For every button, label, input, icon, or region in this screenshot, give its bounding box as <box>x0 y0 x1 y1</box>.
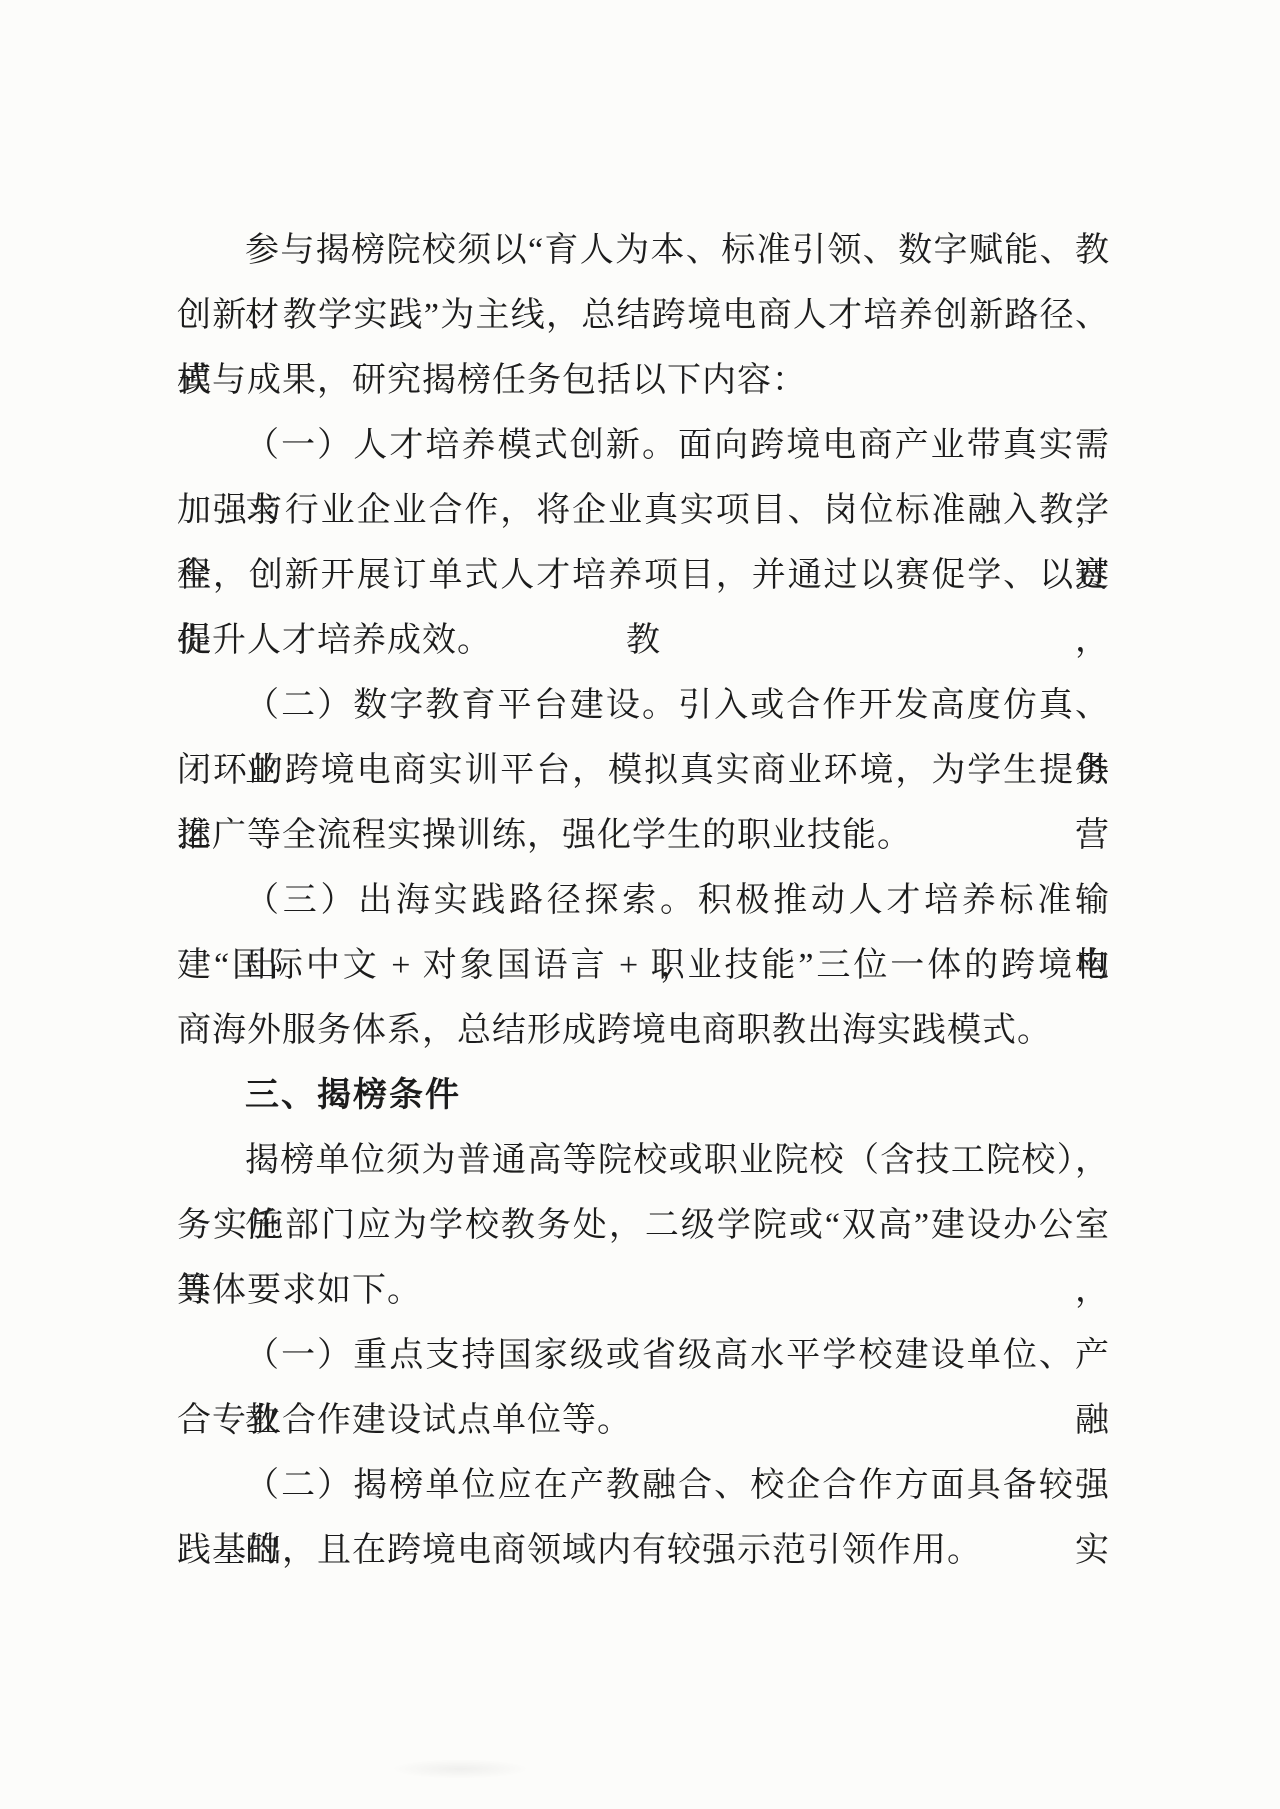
text-line: （二）数字教育平台建设。引入或合作开发高度仿真、业务 <box>177 673 1110 738</box>
text-line: 式与成果，研究揭榜任务包括以下内容： <box>177 348 1110 413</box>
section-heading: 三、揭榜条件 <box>177 1063 1110 1128</box>
text-line: 程，创新开展订单式人才培养项目，并通过以赛促学、以赛促教， <box>177 543 1110 608</box>
text-line: （一）重点支持国家级或省级高水平学校建设单位、产教融 <box>177 1323 1110 1388</box>
text-line: 践基础，且在跨境电商领域内有较强示范引领作用。 <box>177 1518 1110 1583</box>
text-line: 商海外服务体系，总结形成跨境电商职教出海实践模式。 <box>177 998 1110 1063</box>
text-line: 务实施部门应为学校教务处，二级学院或“双高”建设办公室等， <box>177 1193 1110 1258</box>
document-text-block: 参与揭榜院校须以“育人为本、标准引领、数字赋能、教材 创新、教学实践”为主线，总… <box>177 218 1110 1583</box>
text-line: 建“国际中文 + 对象国语言 + 职业技能”三位一体的跨境电 <box>177 933 1110 998</box>
text-line: （二）揭榜单位应在产教融合、校企合作方面具备较强的实 <box>177 1453 1110 1518</box>
text-line: 加强与行业企业合作，将企业真实项目、岗位标准融入教学全过 <box>177 478 1110 543</box>
text-line: （三）出海实践路径探索。积极推动人才培养标准输出，构 <box>177 868 1110 933</box>
text-line: 创新、教学实践”为主线，总结跨境电商人才培养创新路径、模 <box>177 283 1110 348</box>
document-page: 参与揭榜院校须以“育人为本、标准引领、数字赋能、教材 创新、教学实践”为主线，总… <box>0 0 1280 1809</box>
text-line: 参与揭榜院校须以“育人为本、标准引领、数字赋能、教材 <box>177 218 1110 283</box>
text-line: 闭环的跨境电商实训平台，模拟真实商业环境，为学生提供运营 <box>177 738 1110 803</box>
text-line: 揭榜单位须为普通高等院校或职业院校（含技工院校），任 <box>177 1128 1110 1193</box>
text-line: （一）人才培养模式创新。面向跨境电商产业带真实需求， <box>177 413 1110 478</box>
